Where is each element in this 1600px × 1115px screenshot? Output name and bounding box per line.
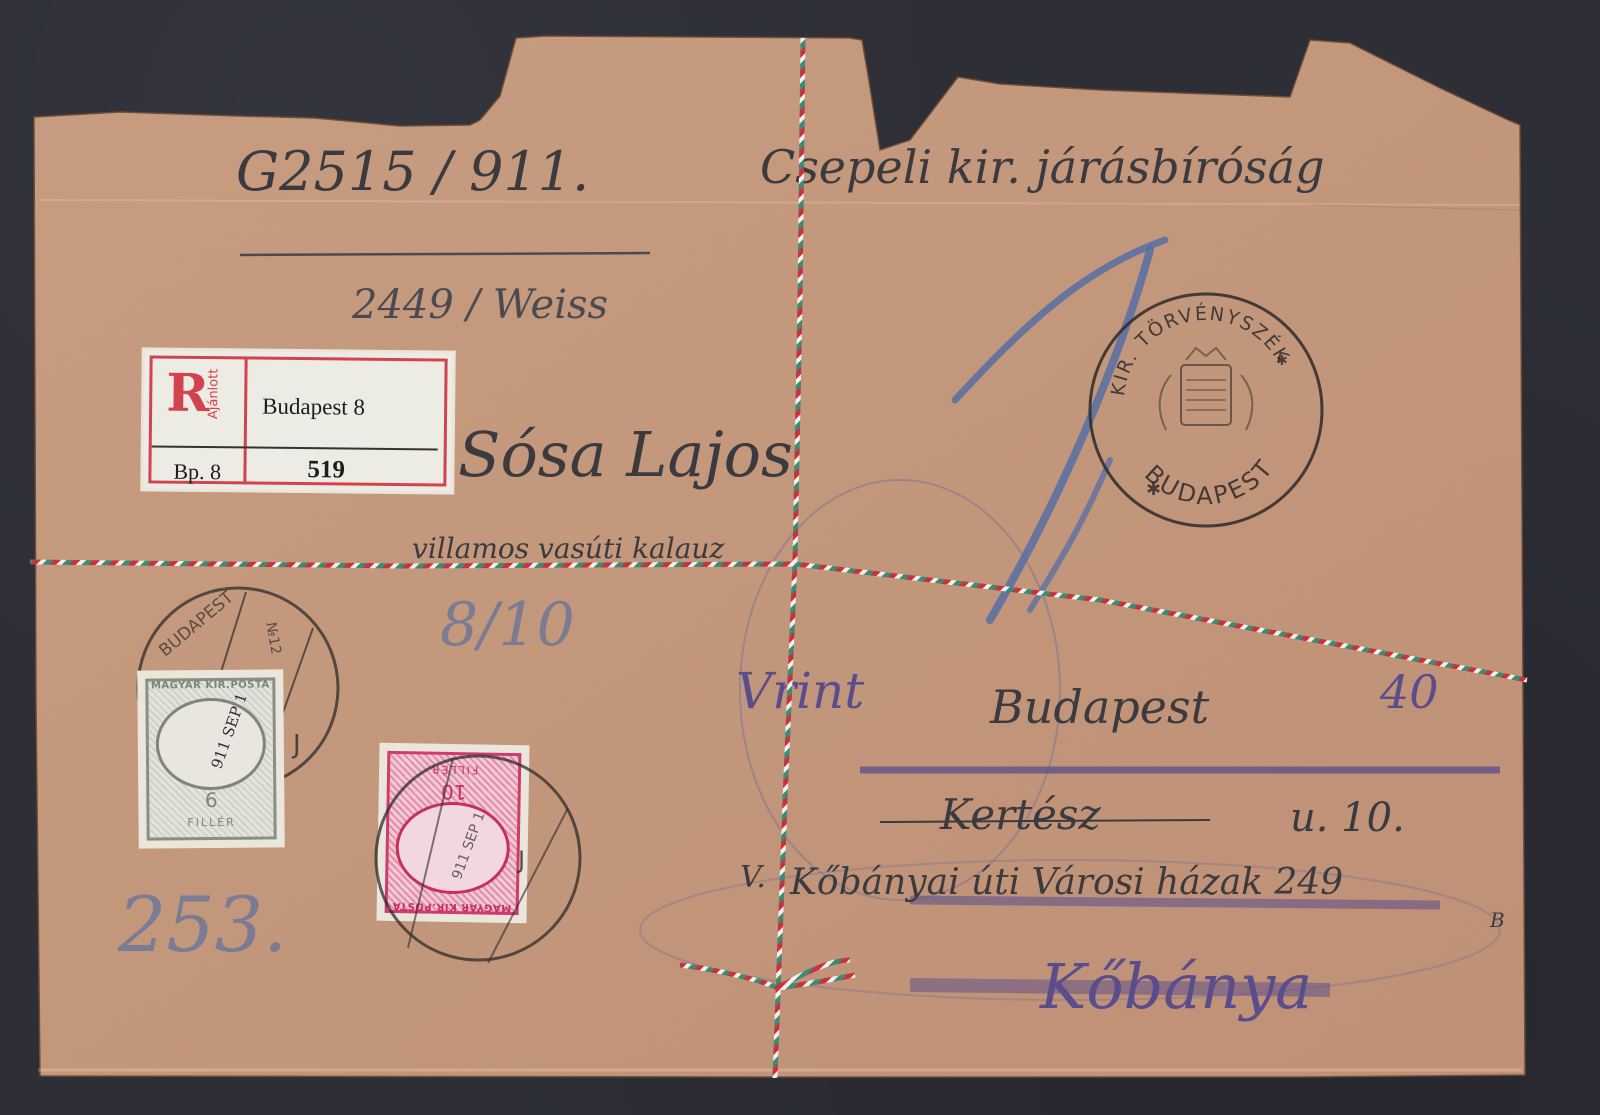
tricolour-string	[0, 0, 1600, 1115]
postal-cover: KIR. TÖRVÉNYSZÉK BUDAPEST ✱ ✱ R Ajánlott…	[0, 0, 1600, 1115]
